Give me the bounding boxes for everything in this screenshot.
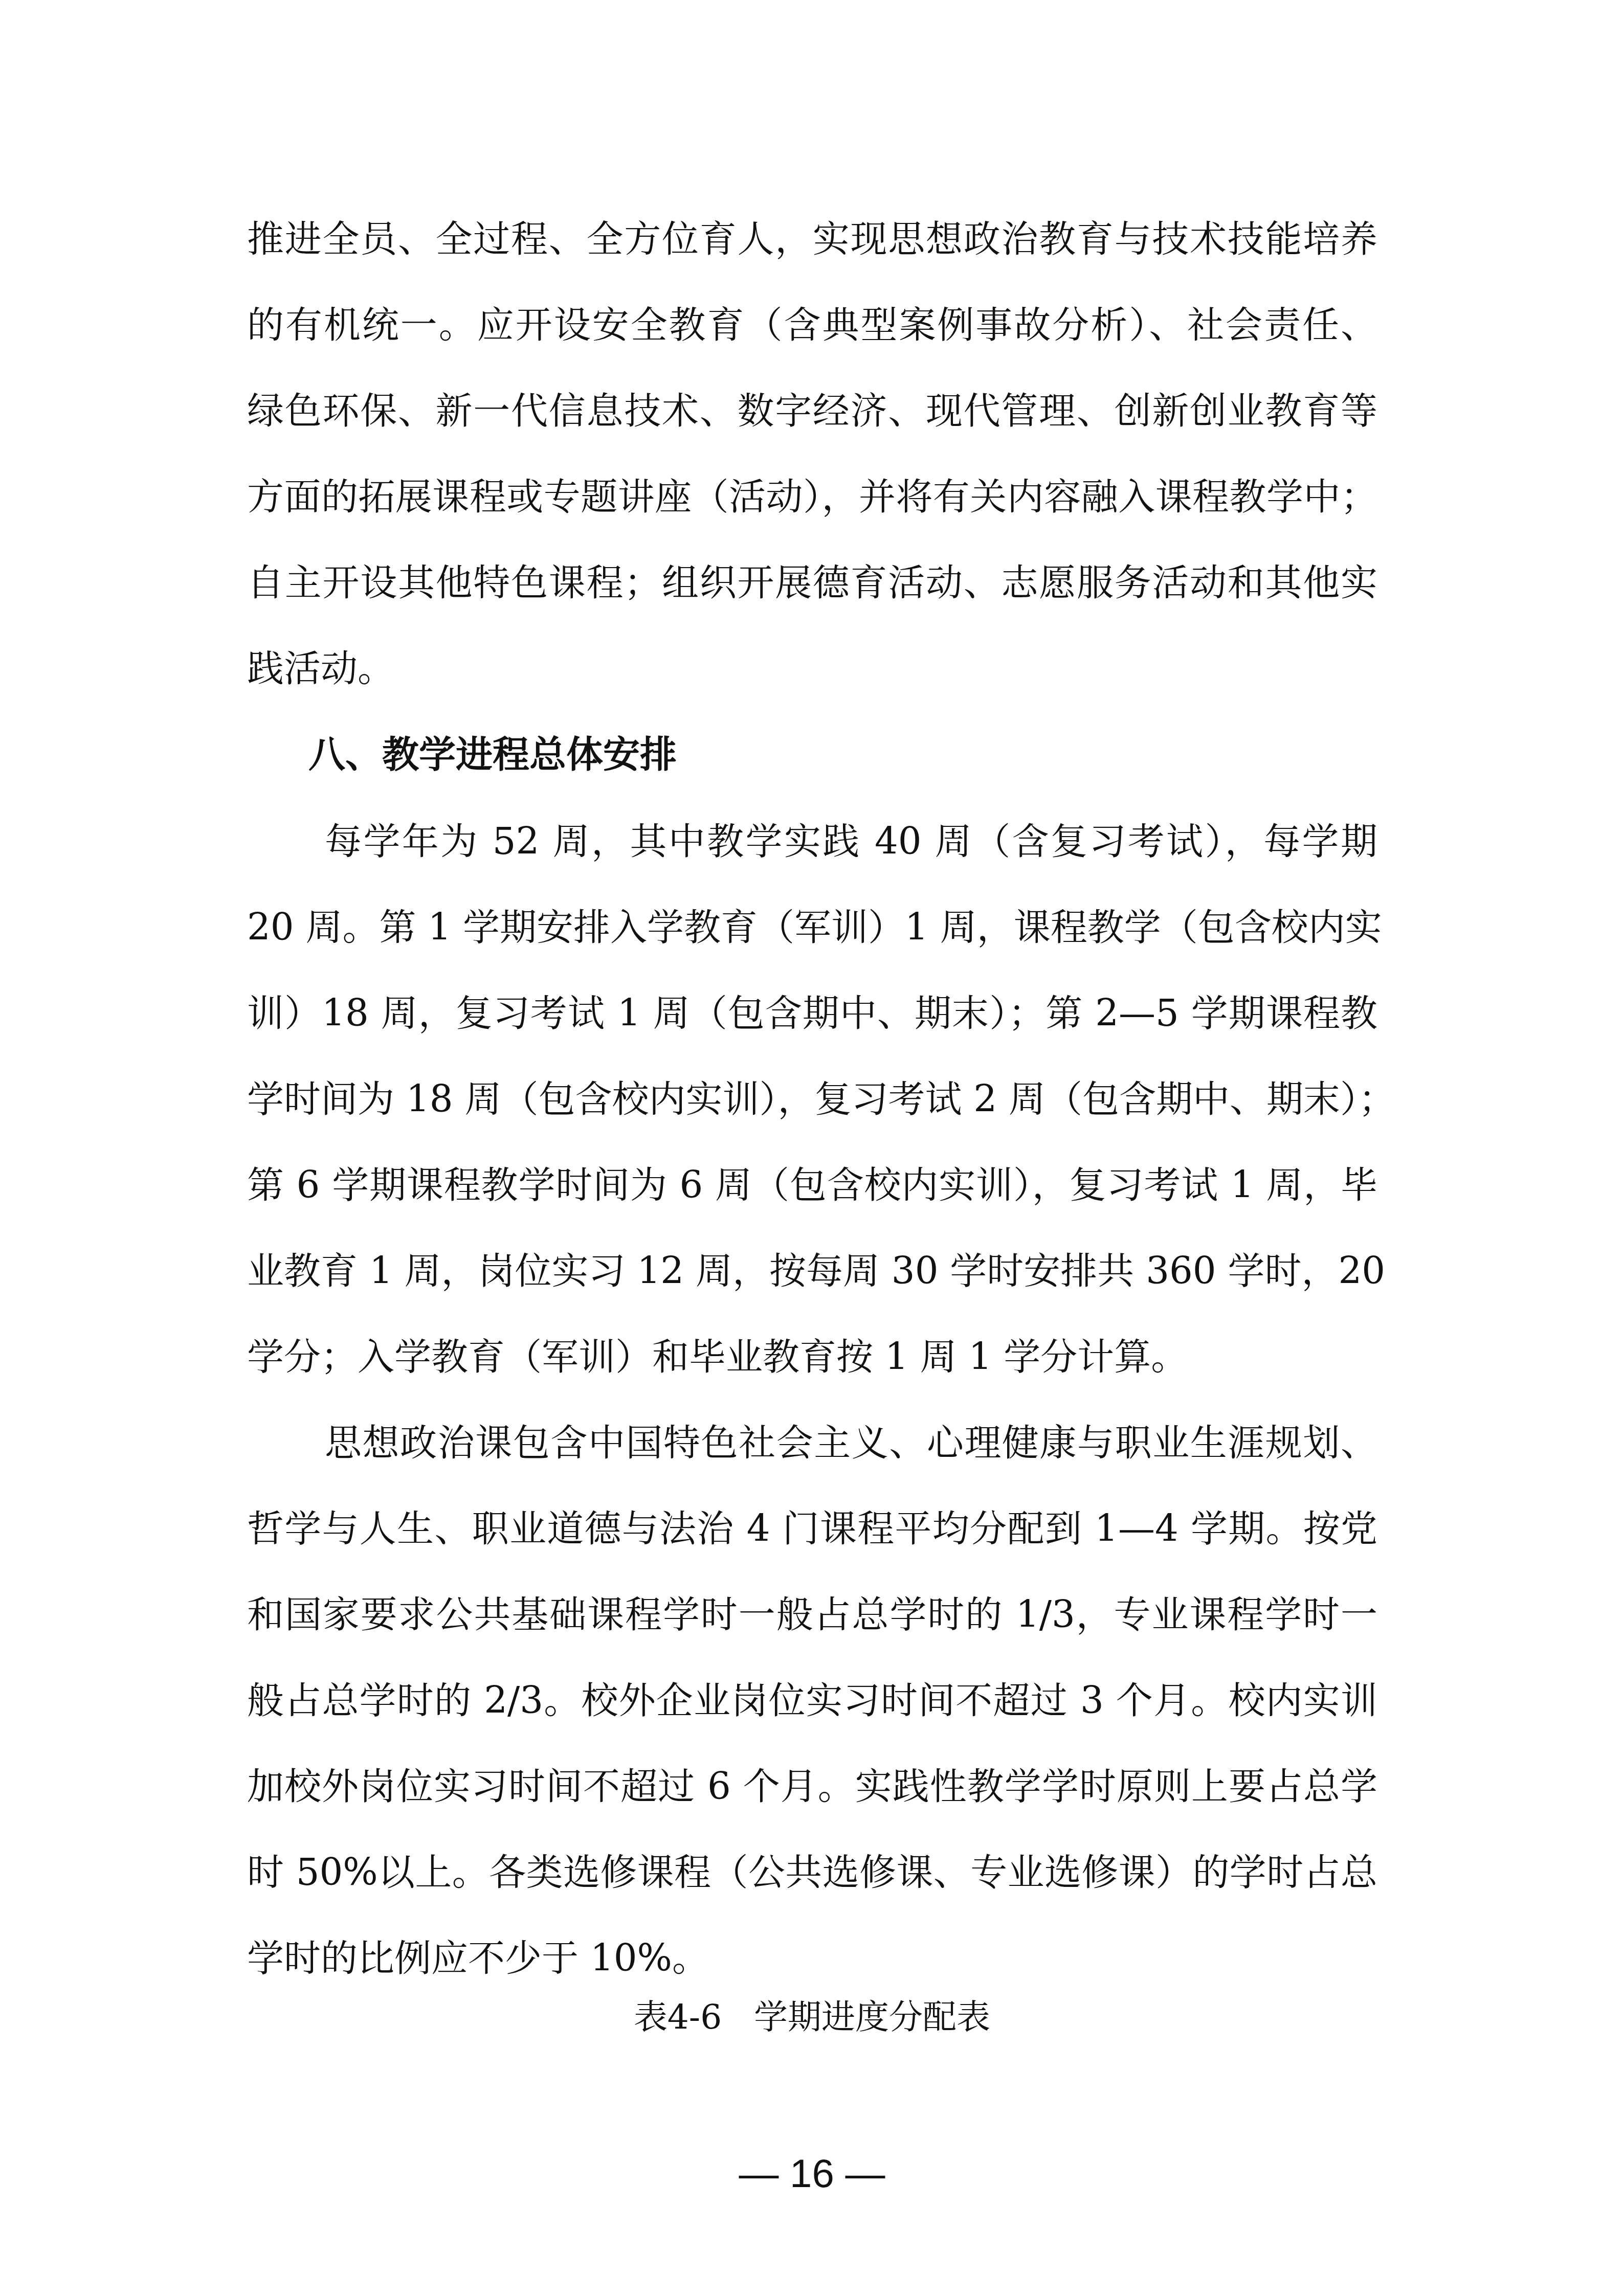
- paragraph-3-line-2: 哲学与人生、职业道德与法治 4 门课程平均分配到 1—4 学期。按党: [247, 1500, 1377, 1557]
- paragraph-3-line-3: 和国家要求公共基础课程学时一般占总学时的 1/3，专业课程学时一: [247, 1586, 1377, 1642]
- page-number: — 16 —: [0, 2145, 1624, 2201]
- paragraph-1-line-5: 自主开设其他特色课程；组织开展德育活动、志愿服务活动和其他实: [247, 554, 1377, 611]
- paragraph-1-line-3: 绿色环保、新一代信息技术、数字经济、现代管理、创新创业教育等: [247, 382, 1377, 439]
- paragraph-3-line-1: 思想政治课包含中国特色社会主义、心理健康与职业生涯规划、: [325, 1414, 1377, 1471]
- table-caption: 表4-6 学期进度分配表: [0, 1989, 1624, 2045]
- paragraph-2-line-6: 业教育 1 周，岗位实习 12 周，按每周 30 学时安排共 360 学时，20: [247, 1243, 1377, 1299]
- paragraph-3-line-5: 加校外岗位实习时间不超过 6 个月。实践性教学学时原则上要占总学: [247, 1758, 1377, 1814]
- document-page: 推进全员、全过程、全方位育人，实现思想政治教育与技术技能培养 的有机统一。应开设…: [0, 0, 1624, 2296]
- paragraph-3-line-7: 学时的比例应不少于 10%。: [247, 1930, 1377, 1986]
- paragraph-1-line-4: 方面的拓展课程或专题讲座（活动），并将有关内容融入课程教学中；: [247, 468, 1377, 525]
- paragraph-1-line-1: 推进全员、全过程、全方位育人，实现思想政治教育与技术技能培养: [247, 211, 1377, 267]
- paragraph-2-line-2: 20 周。第 1 学期安排入学教育（军训）1 周，课程教学（包含校内实: [247, 899, 1377, 955]
- paragraph-1-line-2: 的有机统一。应开设安全教育（含典型案例事故分析）、社会责任、: [247, 297, 1377, 353]
- paragraph-2-line-4: 学时间为 18 周（包含校内实训），复习考试 2 周（包含期中、期末）；: [247, 1071, 1377, 1127]
- paragraph-1-line-6: 践活动。: [247, 640, 1377, 696]
- paragraph-2-line-5: 第 6 学期课程教学时间为 6 周（包含校内实训），复习考试 1 周，毕: [247, 1157, 1377, 1213]
- paragraph-2-line-7: 学分；入学教育（军训）和毕业教育按 1 周 1 学分计算。: [247, 1329, 1377, 1385]
- paragraph-2-line-3: 训）18 周，复习考试 1 周（包含期中、期末）；第 2—5 学期课程教: [247, 985, 1377, 1041]
- paragraph-3-line-4: 般占总学时的 2/3。校外企业岗位实习时间不超过 3 个月。校内实训: [247, 1672, 1377, 1728]
- paragraph-2-line-1: 每学年为 52 周，其中教学实践 40 周（含复习考试），每学期: [325, 813, 1377, 869]
- paragraph-3-line-6: 时 50%以上。各类选修课程（公共选修课、专业选修课）的学时占总: [247, 1844, 1377, 1900]
- section-heading: 八、教学进程总体安排: [308, 726, 677, 782]
